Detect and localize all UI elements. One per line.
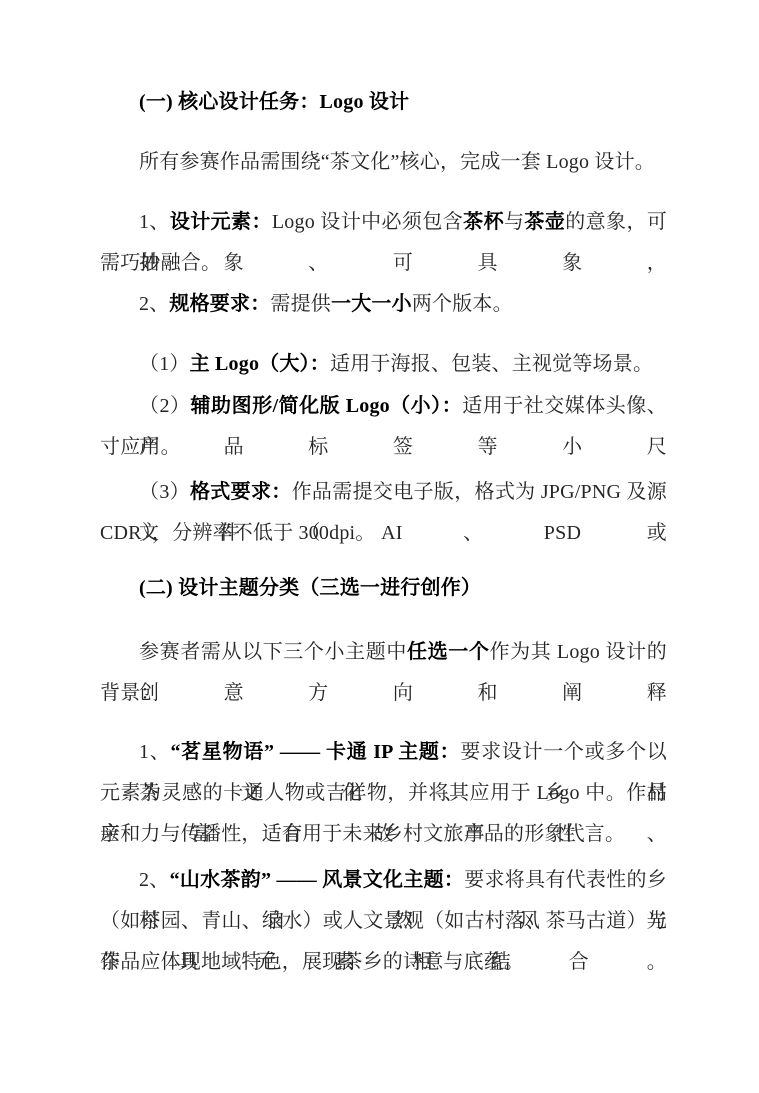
subitem-main-logo: （1）主 Logo（大）：适用于海报、包装、主视觉等场景。 — [100, 344, 667, 385]
text-line: 所有参赛作品需围绕“茶文化”核心，完成一套 Logo 设计。 — [100, 142, 667, 183]
bold-text-run: 格式要求： — [190, 481, 292, 503]
subitem-format: （3）格式要求：作品需提交电子版，格式为 JPG/PNG 及源文件（AI、PSD… — [100, 472, 667, 554]
text-run: （1） — [139, 353, 190, 375]
paragraph-theme-intro: 参赛者需从以下三个小主题中任选一个作为其 Logo 设计的创意方向和阐释背景： — [100, 632, 667, 714]
text-run: （3） — [139, 481, 190, 503]
bold-text-run: 主 Logo（大）： — [190, 353, 330, 375]
text-line: 1、设计元素：Logo 设计中必须包含茶杯与茶壶的意象，可抽象、可具象， — [100, 202, 667, 243]
bold-text-run: “山水茶韵” —— 风景文化主题： — [170, 869, 465, 891]
bold-text-run: 茶壶 — [524, 211, 565, 233]
text-run: 两个版本。 — [412, 293, 513, 315]
text-run: 寸应用。 — [100, 436, 181, 458]
text-line: 元素为灵感的卡通人物或吉祥物，并将其应用于 Logo 中。作品应富有故事性、 — [100, 773, 667, 814]
text-line: (一) 核心设计任务：Logo 设计 — [100, 82, 667, 123]
bold-text-run: 一大一小 — [331, 293, 412, 315]
bold-text-run: (二) 设计主题分类（三选一进行创作） — [139, 577, 481, 599]
bold-text-run: 规格要求： — [169, 293, 270, 315]
text-run: 所有参赛作品需围绕“茶文化”核心，完成一套 Logo 设计。 — [139, 151, 655, 173]
text-line: (二) 设计主题分类（三选一进行创作） — [100, 568, 667, 609]
text-line: （2）辅助图形/简化版 Logo（小）：适用于社交媒体头像、产品标签等小尺 — [100, 386, 667, 427]
document-body: (一) 核心设计任务：Logo 设计 所有参赛作品需围绕“茶文化”核心，完成一套… — [0, 0, 759, 983]
bold-text-run: 任选一个 — [407, 641, 489, 663]
text-line: 参赛者需从以下三个小主题中任选一个作为其 Logo 设计的创意方向和阐释 — [100, 632, 667, 673]
text-line: 亲和力与传播性，适合用于未来乡村文旅产品的形象代言。 — [100, 814, 667, 855]
text-run: 作品应体现地域特色，展现茶乡的诗意与底蕴。 — [100, 951, 524, 973]
text-run: 与 — [504, 211, 524, 233]
section-1-heading: (一) 核心设计任务：Logo 设计 — [100, 82, 667, 123]
text-run: 1、 — [139, 741, 170, 763]
document-page: (一) 核心设计任务：Logo 设计 所有参赛作品需围绕“茶文化”核心，完成一套… — [0, 0, 759, 1093]
bold-text-run: (一) 核心设计任务：Logo 设计 — [139, 91, 409, 113]
bold-text-run: 设计元素： — [170, 211, 272, 233]
subitem-aux-logo: （2）辅助图形/简化版 Logo（小）：适用于社交媒体头像、产品标签等小尺寸应用… — [100, 386, 667, 468]
text-run: Logo 设计中必须包含 — [272, 211, 463, 233]
text-run: CDR），分辨率不低于 300dpi。 — [100, 522, 375, 544]
text-line: （1）主 Logo（大）：适用于海报、包装、主视觉等场景。 — [100, 344, 667, 385]
section-2-heading: (二) 设计主题分类（三选一进行创作） — [100, 568, 667, 609]
text-run: 亲和力与传播性，适合用于未来乡村文旅产品的形象代言。 — [100, 823, 625, 845]
bold-text-run: 辅助图形/简化版 Logo（小）： — [191, 395, 463, 417]
text-line: 1、“茗星物语” —— 卡通 IP 主题：要求设计一个或多个以茶文化、乡村 — [100, 732, 667, 773]
item-design-elements: 1、设计元素：Logo 设计中必须包含茶杯与茶壶的意象，可抽象、可具象，需巧妙融… — [100, 202, 667, 284]
text-line: （3）格式要求：作品需提交电子版，格式为 JPG/PNG 及源文件（AI、PSD… — [100, 472, 667, 513]
text-line: 2、“山水茶韵” —— 风景文化主题：要求将具有代表性的乡村自然风光 — [100, 860, 667, 901]
text-run: 2、 — [139, 869, 170, 891]
theme-2-landscape: 2、“山水茶韵” —— 风景文化主题：要求将具有代表性的乡村自然风光（如茶园、青… — [100, 860, 667, 983]
item-spec-requirements: 2、规格要求：需提供一大一小两个版本。 — [100, 284, 667, 325]
text-run: 需提供 — [270, 293, 331, 315]
theme-1-cartoon-ip: 1、“茗星物语” —— 卡通 IP 主题：要求设计一个或多个以茶文化、乡村元素为… — [100, 732, 667, 855]
text-run: 需巧妙融合。 — [100, 252, 221, 274]
paragraph-intro: 所有参赛作品需围绕“茶文化”核心，完成一套 Logo 设计。 — [100, 142, 667, 183]
text-line: （如茶园、青山、绿水）或人文景观（如古村落、茶马古道）与茶具元素相结合。 — [100, 901, 667, 942]
text-line: 2、规格要求：需提供一大一小两个版本。 — [100, 284, 667, 325]
text-run: 1、 — [139, 211, 170, 233]
text-run: 背景： — [100, 682, 161, 704]
text-run: 2、 — [139, 293, 169, 315]
text-run: 参赛者需从以下三个小主题中 — [139, 641, 407, 663]
text-run: （2） — [139, 395, 191, 417]
bold-text-run: “茗星物语” —— 卡通 IP 主题： — [170, 741, 460, 763]
bold-text-run: 茶杯 — [463, 211, 504, 233]
text-run: 适用于海报、包装、主视觉等场景。 — [330, 353, 653, 375]
